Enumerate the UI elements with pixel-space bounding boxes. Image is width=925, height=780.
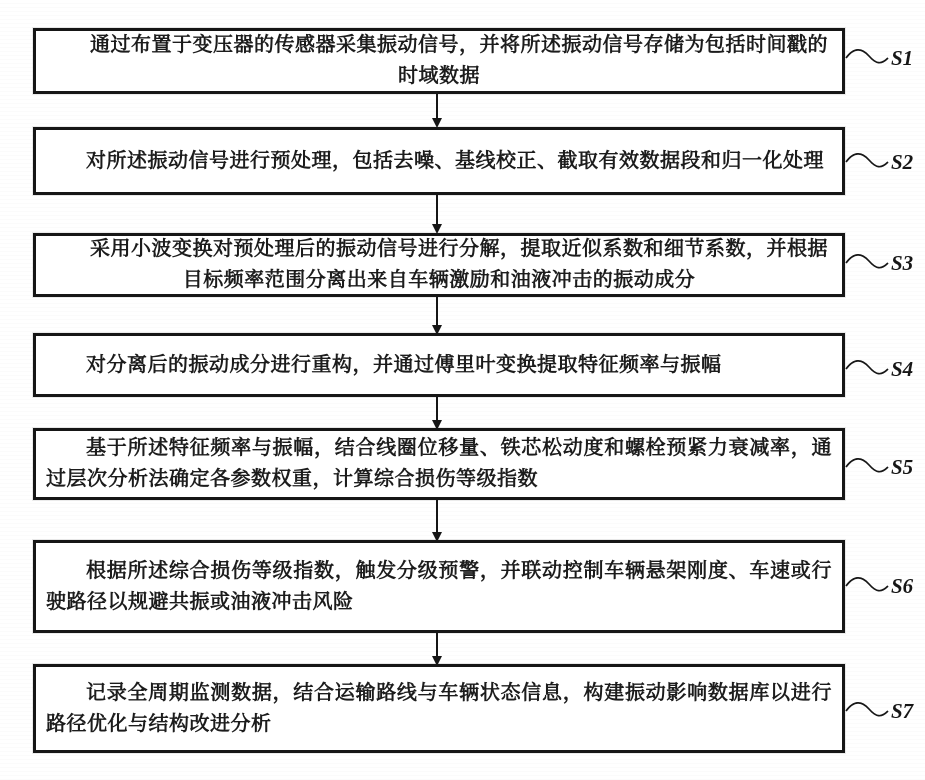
step-label-s1: S1 bbox=[845, 44, 913, 72]
connector-squiggle-icon bbox=[845, 250, 889, 276]
step-text-s5: 基于所述特征频率与振幅，结合线圈位移量、铁芯松动度和螺栓预紧力衰减率，通过层次分… bbox=[36, 432, 842, 496]
patent-flowchart: 通过布置于变压器的传感器采集振动信号，并将所述振动信号存储为包括时间戳的时域数据… bbox=[0, 0, 925, 780]
step-label-text: S4 bbox=[891, 357, 913, 382]
step-text-s6: 根据所述综合损伤等级指数，触发分级预警，并联动控制车辆悬架刚度、车速或行驶路径以… bbox=[36, 555, 842, 619]
step-label-s6: S6 bbox=[845, 572, 913, 600]
step-label-text: S1 bbox=[891, 46, 913, 71]
connector-squiggle-icon bbox=[845, 573, 889, 599]
connector-squiggle-icon bbox=[845, 45, 889, 71]
flow-step-s6: 根据所述综合损伤等级指数，触发分级预警，并联动控制车辆悬架刚度、车速或行驶路径以… bbox=[33, 540, 845, 633]
flow-step-s5: 基于所述特征频率与振幅，结合线圈位移量、铁芯松动度和螺栓预紧力衰减率，通过层次分… bbox=[33, 428, 845, 500]
arrow-down-icon bbox=[436, 195, 438, 232]
step-text-s2: 对所述振动信号进行预处理，包括去噪、基线校正、截取有效数据段和归一化处理 bbox=[36, 145, 842, 178]
connector-squiggle-icon bbox=[845, 356, 889, 382]
step-label-s7: S7 bbox=[845, 697, 913, 725]
step-label-text: S6 bbox=[891, 574, 913, 599]
flow-step-s1: 通过布置于变压器的传感器采集振动信号，并将所述振动信号存储为包括时间戳的时域数据 bbox=[33, 28, 845, 94]
step-text-s1: 通过布置于变压器的传感器采集振动信号，并将所述振动信号存储为包括时间戳的时域数据 bbox=[36, 29, 842, 93]
arrow-down-icon bbox=[436, 633, 438, 664]
flow-step-s4: 对分离后的振动成分进行重构，并通过傅里叶变换提取特征频率与振幅 bbox=[33, 333, 845, 397]
arrow-down-icon bbox=[436, 397, 438, 428]
flow-step-s7: 记录全周期监测数据，结合运输路线与车辆状态信息，构建振动影响数据库以进行路径优化… bbox=[33, 664, 845, 753]
flow-step-s3: 采用小波变换对预处理后的振动信号进行分解，提取近似系数和细节系数，并根据目标频率… bbox=[33, 233, 845, 297]
step-label-s5: S5 bbox=[845, 453, 913, 481]
connector-squiggle-icon bbox=[845, 149, 889, 175]
step-label-text: S2 bbox=[891, 150, 913, 175]
connector-squiggle-icon bbox=[845, 698, 889, 724]
step-label-s2: S2 bbox=[845, 148, 913, 176]
step-label-s3: S3 bbox=[845, 249, 913, 277]
step-label-s4: S4 bbox=[845, 355, 913, 383]
arrow-down-icon bbox=[436, 94, 438, 126]
arrow-down-icon bbox=[436, 500, 438, 540]
step-label-text: S7 bbox=[891, 699, 913, 724]
step-text-s4: 对分离后的振动成分进行重构，并通过傅里叶变换提取特征频率与振幅 bbox=[36, 349, 842, 382]
step-text-s7: 记录全周期监测数据，结合运输路线与车辆状态信息，构建振动影响数据库以进行路径优化… bbox=[36, 677, 842, 741]
step-text-s3: 采用小波变换对预处理后的振动信号进行分解，提取近似系数和细节系数，并根据目标频率… bbox=[36, 233, 842, 297]
arrow-down-icon bbox=[436, 297, 438, 333]
connector-squiggle-icon bbox=[845, 454, 889, 480]
flow-step-s2: 对所述振动信号进行预处理，包括去噪、基线校正、截取有效数据段和归一化处理 bbox=[33, 127, 845, 195]
step-label-text: S5 bbox=[891, 455, 913, 480]
step-label-text: S3 bbox=[891, 251, 913, 276]
